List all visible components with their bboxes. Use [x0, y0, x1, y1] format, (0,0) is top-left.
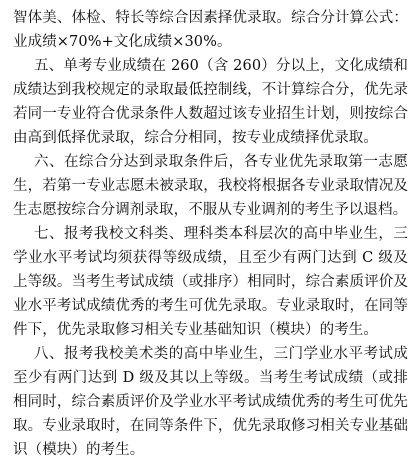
text-line: 若同一专业符合优录条件人数超过该专业招生计划，则按综合分: [13, 102, 408, 126]
document-body: 智体美、体检、特长等综合因素择优录取。综合分计算公式：专业成绩×70%+文化成绩…: [13, 6, 408, 462]
text-line: 学业水平考试均须获得等级成绩，且至少有两门达到 C 级及其以: [13, 246, 408, 270]
text-line: 识（模块）的考生。: [13, 438, 408, 462]
text-line: 七、报考我校文科类、理科类本科层次的高中毕业生，三门: [13, 222, 408, 246]
text-line: 业成绩×70%+文化成绩×30%。: [13, 30, 408, 54]
text-line: 至少有两门达到 D 级及其以上等级。当考生考试成绩（或排序）: [13, 366, 408, 390]
text-line: 智体美、体检、特长等综合因素择优录取。综合分计算公式：专: [13, 6, 408, 30]
text-line: 五、单考专业成绩在 260（含 260）分以上，文化成绩和外语: [13, 54, 408, 78]
text-line: 由高到低择优录取，综合分相同，按专业成绩择优录取。: [13, 126, 408, 150]
text-line: 成绩达到我校规定的录取最低控制线，不计算综合分，优先录取。: [13, 78, 408, 102]
text-line: 业水平考试成绩优秀的考生可优先录取。专业录取时，在同等条: [13, 294, 408, 318]
text-line: 生，若第一专业志愿未被录取，我校将根据各专业录取情况及考: [13, 174, 408, 198]
text-line: 六、在综合分达到录取条件后，各专业优先录取第一志愿考: [13, 150, 408, 174]
document-page: 智体美、体检、特长等综合因素择优录取。综合分计算公式：专业成绩×70%+文化成绩…: [0, 0, 420, 475]
text-line: 八、报考我校美术类的高中毕业生，三门学业水平考试成绩: [13, 342, 408, 366]
text-line: 取。专业录取时，在同等条件下，优先录取修习相关专业基础知: [13, 414, 408, 438]
text-line: 上等级。当考生考试成绩（或排序）相同时，综合素质评价及学: [13, 270, 408, 294]
text-line: 件下，优先录取修习相关专业基础知识（模块）的考生。: [13, 318, 408, 342]
text-line: 相同时，综合素质评价及学业水平考试成绩优秀的考生可优先录: [13, 390, 408, 414]
text-line: 生志愿按综合分调剂录取，不服从专业调剂的考生予以退档。: [13, 198, 408, 222]
